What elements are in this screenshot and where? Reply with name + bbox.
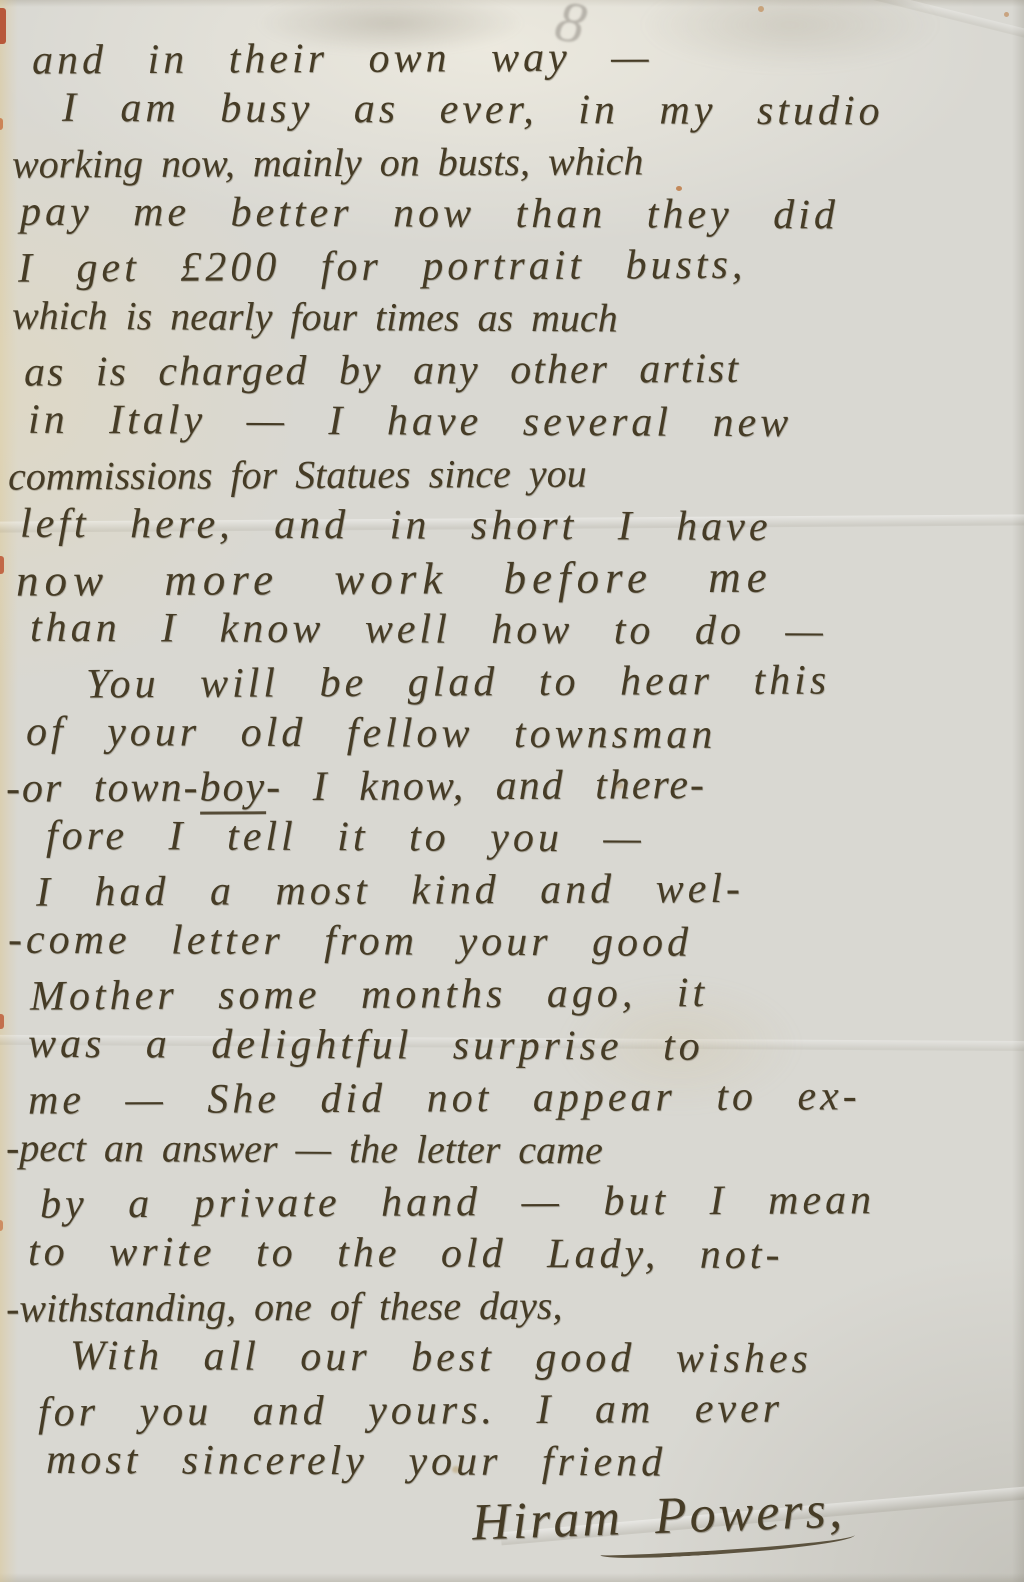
letter-line: of your old fellow townsman	[26, 706, 1024, 762]
letter-line: I am busy as ever, in my studio	[62, 82, 1024, 138]
letter-line: working now, mainly on busts, which	[12, 133, 1024, 190]
letter-line: -withstanding, one of these days,	[6, 1277, 1024, 1334]
letter-line: You will be glad to hear this	[86, 654, 1024, 711]
letter-line: which is nearly four times as much	[12, 290, 1024, 346]
letter-line: Mother some months ago, it	[30, 965, 1024, 1022]
letter-line: most sincerely your friend	[46, 1434, 1024, 1490]
letter-line: to write to the old Lady, not-	[28, 1226, 1024, 1282]
letter-line: and in their own way —	[32, 29, 1024, 86]
letter-line: in Italy — I have several new	[28, 394, 1024, 450]
letter-body: and in their own way — I am busy as ever…	[0, 0, 1024, 1554]
line-segment: -or town-	[6, 765, 200, 812]
letter-line: now more work before me	[16, 549, 1024, 606]
letter-line: than I know well how to do —	[30, 602, 1024, 658]
letter-line: as is charged by any other artist	[24, 341, 1024, 398]
letter-line: was a delightful surprise to	[28, 1018, 1024, 1074]
letter-line: -or town-boy- I know, and there-	[6, 757, 1024, 814]
letter-line: fore I tell it to you —	[46, 810, 1024, 866]
letter-line: for you and yours. I am ever	[38, 1381, 1024, 1438]
line-segment: - I know, and there-	[266, 762, 706, 810]
letter-line: pay me better now than they did	[20, 186, 1024, 242]
letter-line: me — She did not appear to ex-	[28, 1069, 1024, 1126]
letter-line: left here, and in short I have	[20, 498, 1024, 554]
letter-line: With all our best good wishes	[70, 1330, 1024, 1386]
letter-line: -pect an answer — the letter came	[6, 1122, 1024, 1178]
letter-line: commissions for Statues since you	[8, 445, 1024, 502]
underlined-word: boy	[199, 764, 266, 814]
letter-line: I get £200 for portrait busts,	[18, 237, 1024, 294]
letter-line: I had a most kind and wel-	[36, 861, 1024, 918]
letter-line: -come letter from your good	[8, 914, 1024, 970]
letter-page: 8 and in their own way — I am busy as ev…	[0, 0, 1024, 1582]
letter-line: by a private hand — but I mean	[40, 1173, 1024, 1230]
